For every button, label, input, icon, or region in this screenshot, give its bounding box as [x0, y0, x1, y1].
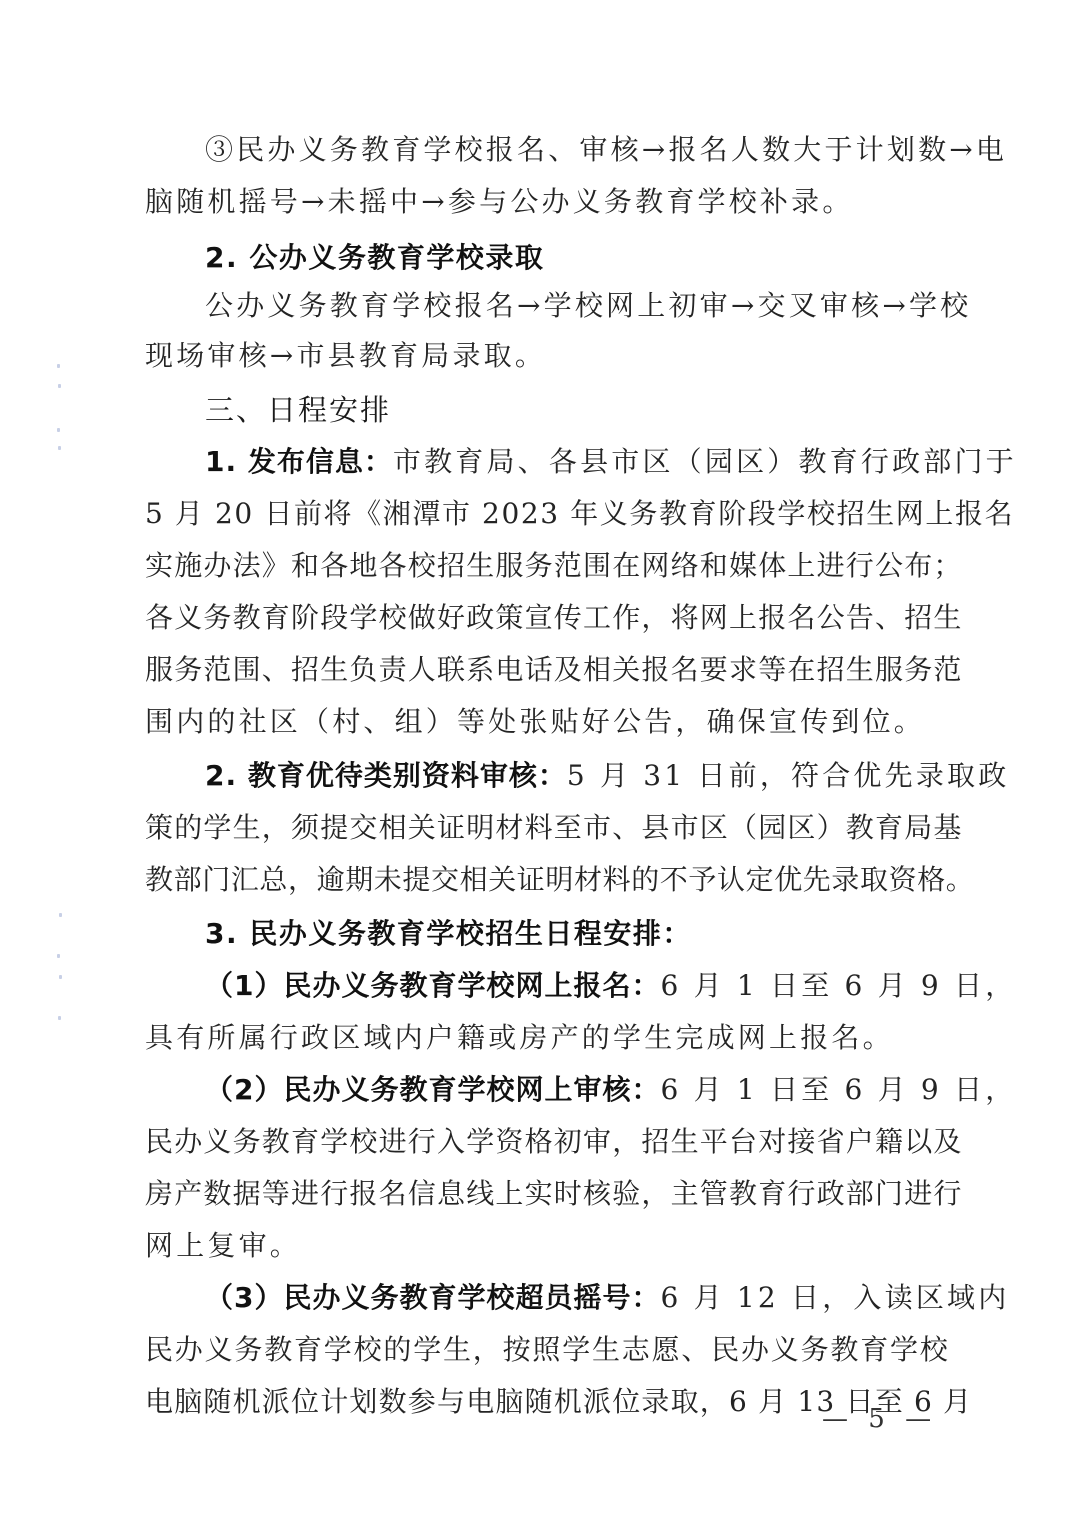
body-line: 2. 教育优待类别资料审核：5 月 31 日前，符合优先录取政 [205, 756, 1009, 796]
item-text: 市教育局、各县市区（园区）教育行政部门于 [393, 445, 1017, 478]
body-line: 民办义务教育学校进行入学资格初审，招生平台对接省户籍以及 [145, 1122, 963, 1162]
item-lead: （1）民办义务教育学校网上报名： [205, 969, 660, 1002]
item-text: 6 月 1 日至 6 月 9 日， [660, 969, 1016, 1002]
scan-mark [57, 428, 60, 432]
body-line: 具有所属行政区域内户籍或房产的学生完成网上报名。 [145, 1018, 894, 1058]
scan-mark [57, 954, 60, 958]
item-lead: 2. 教育优待类别资料审核： [205, 759, 567, 792]
body-line: （2）民办义务教育学校网上审核：6 月 1 日至 6 月 9 日， [205, 1070, 1016, 1110]
body-line: 服务范围、招生负责人联系电话及相关报名要求等在招生服务范 [145, 650, 963, 690]
scan-mark [58, 446, 61, 450]
body-line: 实施办法》和各地各校招生服务范围在网络和媒体上进行公布； [145, 546, 963, 586]
body-line: 房产数据等进行报名信息线上实时核验，主管教育行政部门进行 [145, 1174, 963, 1214]
body-line: 围内的社区（村、组）等处张贴好公告，确保宣传到位。 [145, 702, 925, 742]
body-line: ③民办义务教育学校报名、审核→报名人数大于计划数→电 [205, 130, 1007, 170]
scan-mark [59, 975, 62, 979]
body-line: 各义务教育阶段学校做好政策宣传工作，将网上报名公告、招生 [145, 598, 963, 638]
body-line: 教部门汇总，逾期未提交相关证明材料的不予认定优先录取资格。 [145, 860, 974, 900]
item-text: 5 月 31 日前，符合优先录取政 [567, 759, 1010, 792]
body-line: 5 月 20 日前将《湘潭市 2023 年义务教育阶段学校招生网上报名 [145, 494, 1014, 534]
page-number: — 5 — [822, 1404, 937, 1434]
section-subheading: 3. 民办义务教育学校招生日程安排： [205, 914, 692, 954]
item-text: 6 月 1 日至 6 月 9 日， [660, 1073, 1016, 1106]
item-text: 6 月 12 日，入读区域内 [660, 1281, 1009, 1314]
scan-mark [59, 913, 62, 917]
scan-mark [58, 384, 61, 388]
body-line: 脑随机摇号→未摇中→参与公办义务教育学校补录。 [145, 182, 854, 222]
section-heading: 三、日程安排 [205, 390, 391, 430]
body-line: 公办义务教育学校报名→学校网上初审→交叉审核→学校 [205, 286, 971, 326]
scan-mark [58, 1016, 61, 1020]
body-line: （1）民办义务教育学校网上报名：6 月 1 日至 6 月 9 日， [205, 966, 1016, 1006]
body-line: 1. 发布信息：市教育局、各县市区（园区）教育行政部门于 [205, 442, 1017, 482]
section-subheading: 2. 公办义务教育学校录取 [205, 238, 544, 278]
item-lead: 1. 发布信息： [205, 445, 393, 478]
body-line: （3）民办义务教育学校超员摇号：6 月 12 日，入读区域内 [205, 1278, 1009, 1318]
body-line: 现场审核→市县教育局录取。 [145, 336, 546, 376]
body-line: 策的学生，须提交相关证明材料至市、县市区（园区）教育局基 [145, 808, 963, 848]
body-line: 民办义务教育学校的学生，按照学生志愿、民办义务教育学校 [145, 1330, 950, 1370]
item-lead: （2）民办义务教育学校网上审核： [205, 1073, 660, 1106]
scan-mark [57, 364, 60, 368]
body-line: 网上复审。 [145, 1226, 301, 1266]
item-lead: （3）民办义务教育学校超员摇号： [205, 1281, 660, 1314]
